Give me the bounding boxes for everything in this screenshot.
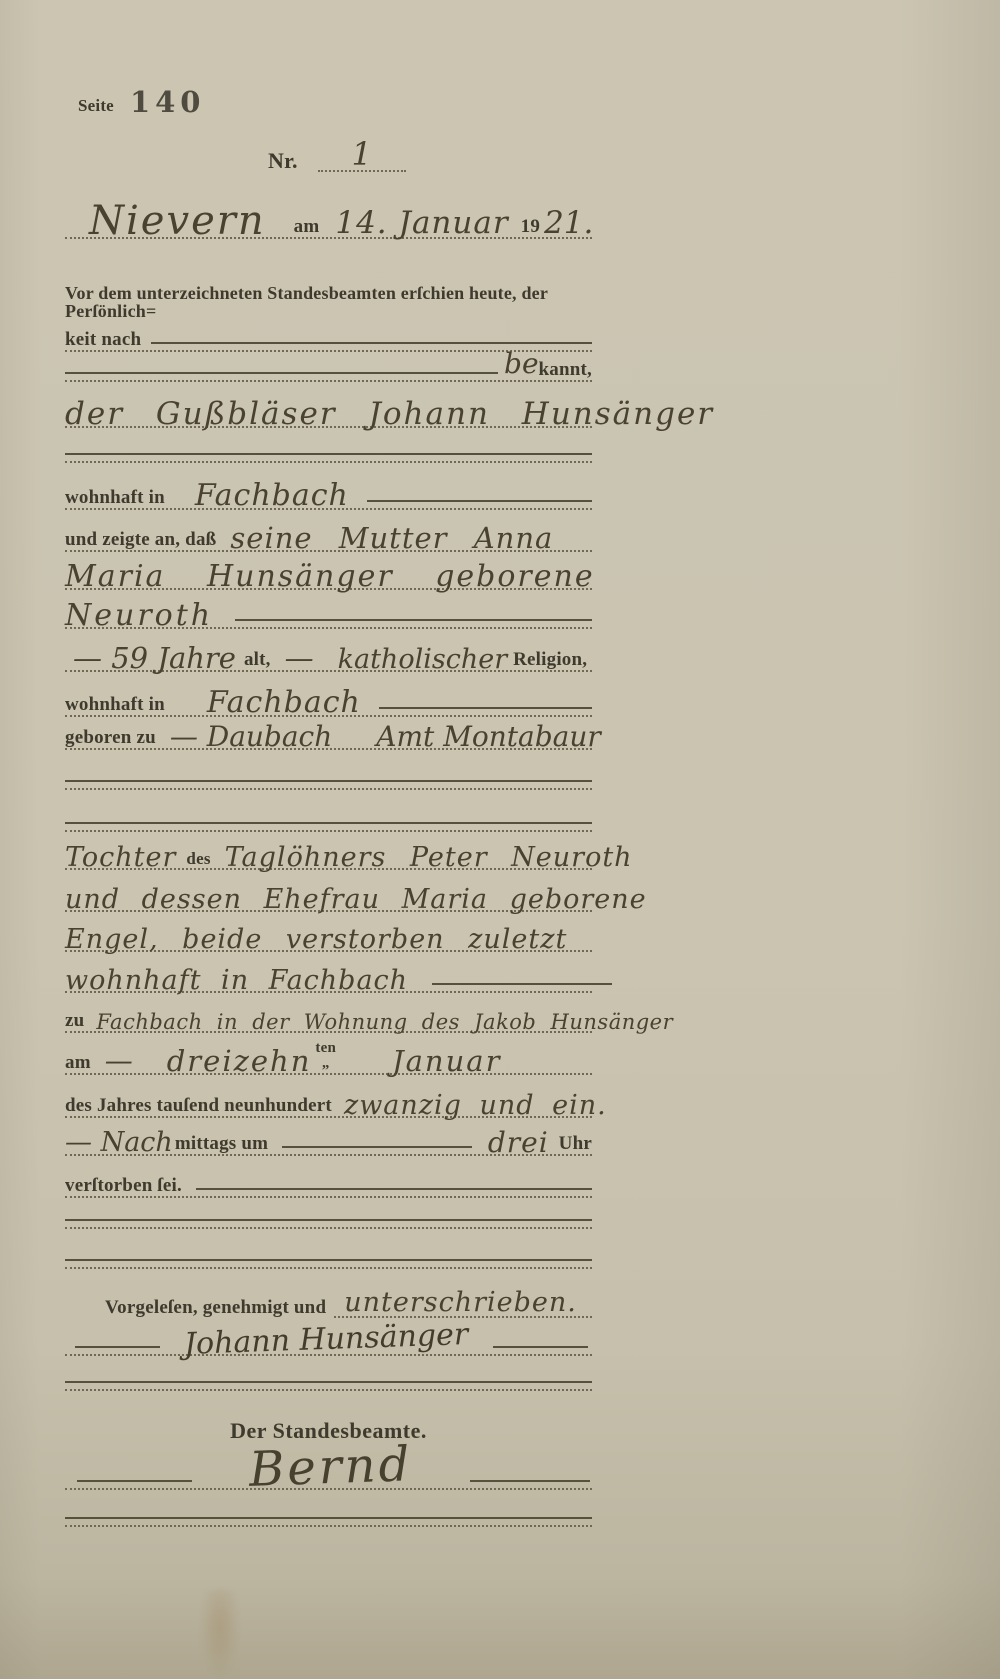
blank-line — [196, 1188, 592, 1190]
death-hour-row: — Nach mittags um drei Uhr — [65, 1124, 592, 1156]
am2-label: am — [65, 1053, 91, 1072]
blank-rule — [65, 1219, 592, 1229]
blank-line — [379, 707, 592, 709]
ten-suffix: ten „ — [315, 1041, 336, 1071]
date-handwritten: 14. Januar — [335, 208, 508, 239]
jahres-label: des Jahres tauſend neunhundert — [65, 1096, 332, 1115]
death-day-dash-handwritten: — — [105, 1047, 133, 1075]
parents-row-4: wohnhaft in Fachbach — [65, 961, 592, 993]
year-printed: 19 — [521, 217, 540, 236]
mittags-label: mittags um — [175, 1134, 268, 1153]
blank-line — [235, 619, 592, 621]
age-religion-row: — 59 Jahre alt, — katholischer Religion, — [65, 634, 592, 672]
death-month-handwritten: Januar — [392, 1047, 501, 1076]
religion-label: Religion, — [513, 650, 587, 669]
tochter-handwritten: Tochter — [65, 844, 176, 871]
parents-row-3: Engel, beide verstorben zuletzt — [65, 920, 592, 952]
registrar-signature-row: Bernd — [65, 1432, 592, 1490]
deceased-intro-handwritten: seine Mutter Anna — [230, 524, 553, 553]
registrar-signature-field: Bernd — [192, 1443, 470, 1488]
nr-row: Nr. 1 — [268, 138, 468, 172]
residence-row: wohnhaft in Fachbach — [65, 476, 592, 510]
rule-line — [65, 1219, 592, 1221]
alt-label: alt, — [244, 650, 271, 669]
blank-rule — [65, 1381, 592, 1391]
death-day-row: am — dreizehn ten „ Januar — [65, 1041, 592, 1075]
rule-line — [65, 780, 592, 782]
blank-line — [493, 1346, 588, 1348]
blank-line — [77, 1480, 192, 1482]
mother-maiden-handwritten: Engel, beide verstorben zuletzt — [65, 926, 567, 953]
zu-label: zu — [65, 1011, 84, 1030]
wohnhaft-label: wohnhaft in — [65, 488, 165, 507]
geboren-label: geboren zu — [65, 728, 156, 747]
birthplace-handwritten: — Daubach — [170, 723, 332, 751]
declarant-signature-row: Johann Hunsänger — [65, 1320, 592, 1356]
zeigte-label: und zeigte an, daß — [65, 530, 216, 549]
seite-label: Seite — [78, 97, 114, 114]
blank-line — [470, 1480, 590, 1482]
rule-line — [65, 822, 592, 824]
paper-stain — [200, 1590, 240, 1679]
blank-rule — [65, 780, 592, 790]
blank-line — [432, 983, 612, 985]
uhr-label: Uhr — [559, 1134, 592, 1153]
residence2-row: wohnhaft in Fachbach — [65, 680, 592, 717]
kannt-label: kannt, — [539, 360, 592, 379]
ten-mark: „ — [322, 1056, 330, 1071]
blank-rule — [65, 822, 592, 832]
place-date-row: Nievern am 14. Januar 19 21. — [65, 182, 592, 239]
registrar-signature: Bernd — [249, 1440, 414, 1494]
death-year-row: des Jahres tauſend neunhundert zwanzig u… — [65, 1084, 592, 1118]
blank-line — [75, 1346, 160, 1348]
blank-line — [367, 500, 592, 502]
deceased-name-handwritten: Maria Hunsänger geborene — [65, 562, 595, 592]
rule-line — [65, 1381, 592, 1383]
unterschrieben-field: unterschrieben. — [334, 1289, 592, 1318]
keit-nach-label: keit nach — [65, 330, 141, 349]
seite-row: Seite 140 — [78, 88, 378, 117]
death-year-handwritten: zwanzig und ein. — [344, 1092, 607, 1119]
wohnhaft2-label: wohnhaft in — [65, 695, 165, 714]
death-place-handwritten: Fachbach in der Wohnung des Jakob Hunsän… — [96, 1012, 673, 1033]
maiden-name-row: Neuroth — [65, 592, 592, 629]
nr-label: Nr. — [268, 150, 298, 172]
declarant-signature-field: Johann Hunsänger — [160, 1325, 493, 1354]
year-handwritten: 21. — [544, 208, 593, 239]
blank-rule — [65, 1259, 592, 1269]
father-handwritten: Taglöhners Peter Neuroth — [225, 844, 633, 871]
intro-row: Vor dem unterzeichneten Standesbeamten e… — [65, 284, 592, 320]
page-number-stamp: 140 — [130, 88, 206, 117]
intro-text: Vor dem unterzeichneten Standesbeamten e… — [65, 284, 592, 320]
death-record-page: Seite 140 Nr. 1 Nievern am 14. Januar 19… — [0, 0, 1000, 1679]
bekannt-row: be kannt, — [65, 352, 592, 382]
declarant-row: der Gußbläser Johann Hunsänger — [65, 386, 592, 428]
nr-value-handwritten: 1 — [352, 138, 372, 170]
dash-handwritten: — — [285, 644, 314, 673]
maiden-name-handwritten: Neuroth — [65, 601, 213, 631]
vorgelesen-label: Vorgeleſen, genehmigt und — [105, 1298, 326, 1317]
declarant-signature: Johann Hunsänger — [184, 1320, 469, 1360]
unterschrieben-handwritten: unterschrieben. — [344, 1289, 577, 1316]
blank-line — [282, 1146, 472, 1148]
parents-row-2: und dessen Ehefrau Maria geborene — [65, 878, 592, 912]
religion-handwritten: katholischer — [338, 646, 507, 673]
am-label: am — [294, 217, 320, 236]
nr-value-field: 1 — [318, 138, 406, 172]
death-hour-handwritten: drei — [488, 1129, 549, 1157]
des-label: des — [186, 850, 210, 867]
rule-line — [65, 1517, 592, 1519]
blank-rule — [65, 1517, 592, 1527]
age-handwritten: — 59 Jahre — [73, 644, 236, 673]
birth-district-handwritten: Amt Montabaur — [376, 723, 600, 751]
nach-handwritten: — Nach — [65, 1129, 173, 1156]
blank-rule — [65, 453, 592, 463]
vorgelesen-row: Vorgeleſen, genehmigt und unterschrieben… — [65, 1288, 592, 1318]
zeigte-row: und zeigte an, daß seine Mutter Anna — [65, 516, 592, 552]
ten-label: ten — [315, 1041, 336, 1056]
be-handwritten: be — [504, 350, 539, 378]
place-handwritten: Nievern — [89, 201, 266, 241]
birthplace-row: geboren zu — Daubach Amt Montabaur — [65, 714, 592, 750]
parents-row-1: Tochter des Taglöhners Peter Neuroth — [65, 836, 592, 870]
mother-handwritten: und dessen Ehefrau Maria geborene — [65, 886, 647, 913]
verstorben-row: verſtorben ſei. — [65, 1166, 592, 1198]
rule-line — [65, 453, 592, 455]
blank-line — [65, 372, 498, 374]
parents-residence-handwritten: wohnhaft in Fachbach — [65, 967, 408, 994]
deceased-name-row: Maria Hunsänger geborene — [65, 554, 592, 590]
death-day-handwritten: dreizehn — [167, 1047, 312, 1076]
verstorben-label: verſtorben ſei. — [65, 1176, 182, 1195]
residence-handwritten: Fachbach — [195, 481, 349, 511]
rule-line — [65, 1259, 592, 1261]
blank-line — [151, 342, 592, 344]
declarant-handwritten: der Gußbläser Johann Hunsänger — [65, 399, 714, 430]
death-place-row: zu Fachbach in der Wohnung des Jakob Hun… — [65, 1001, 592, 1033]
